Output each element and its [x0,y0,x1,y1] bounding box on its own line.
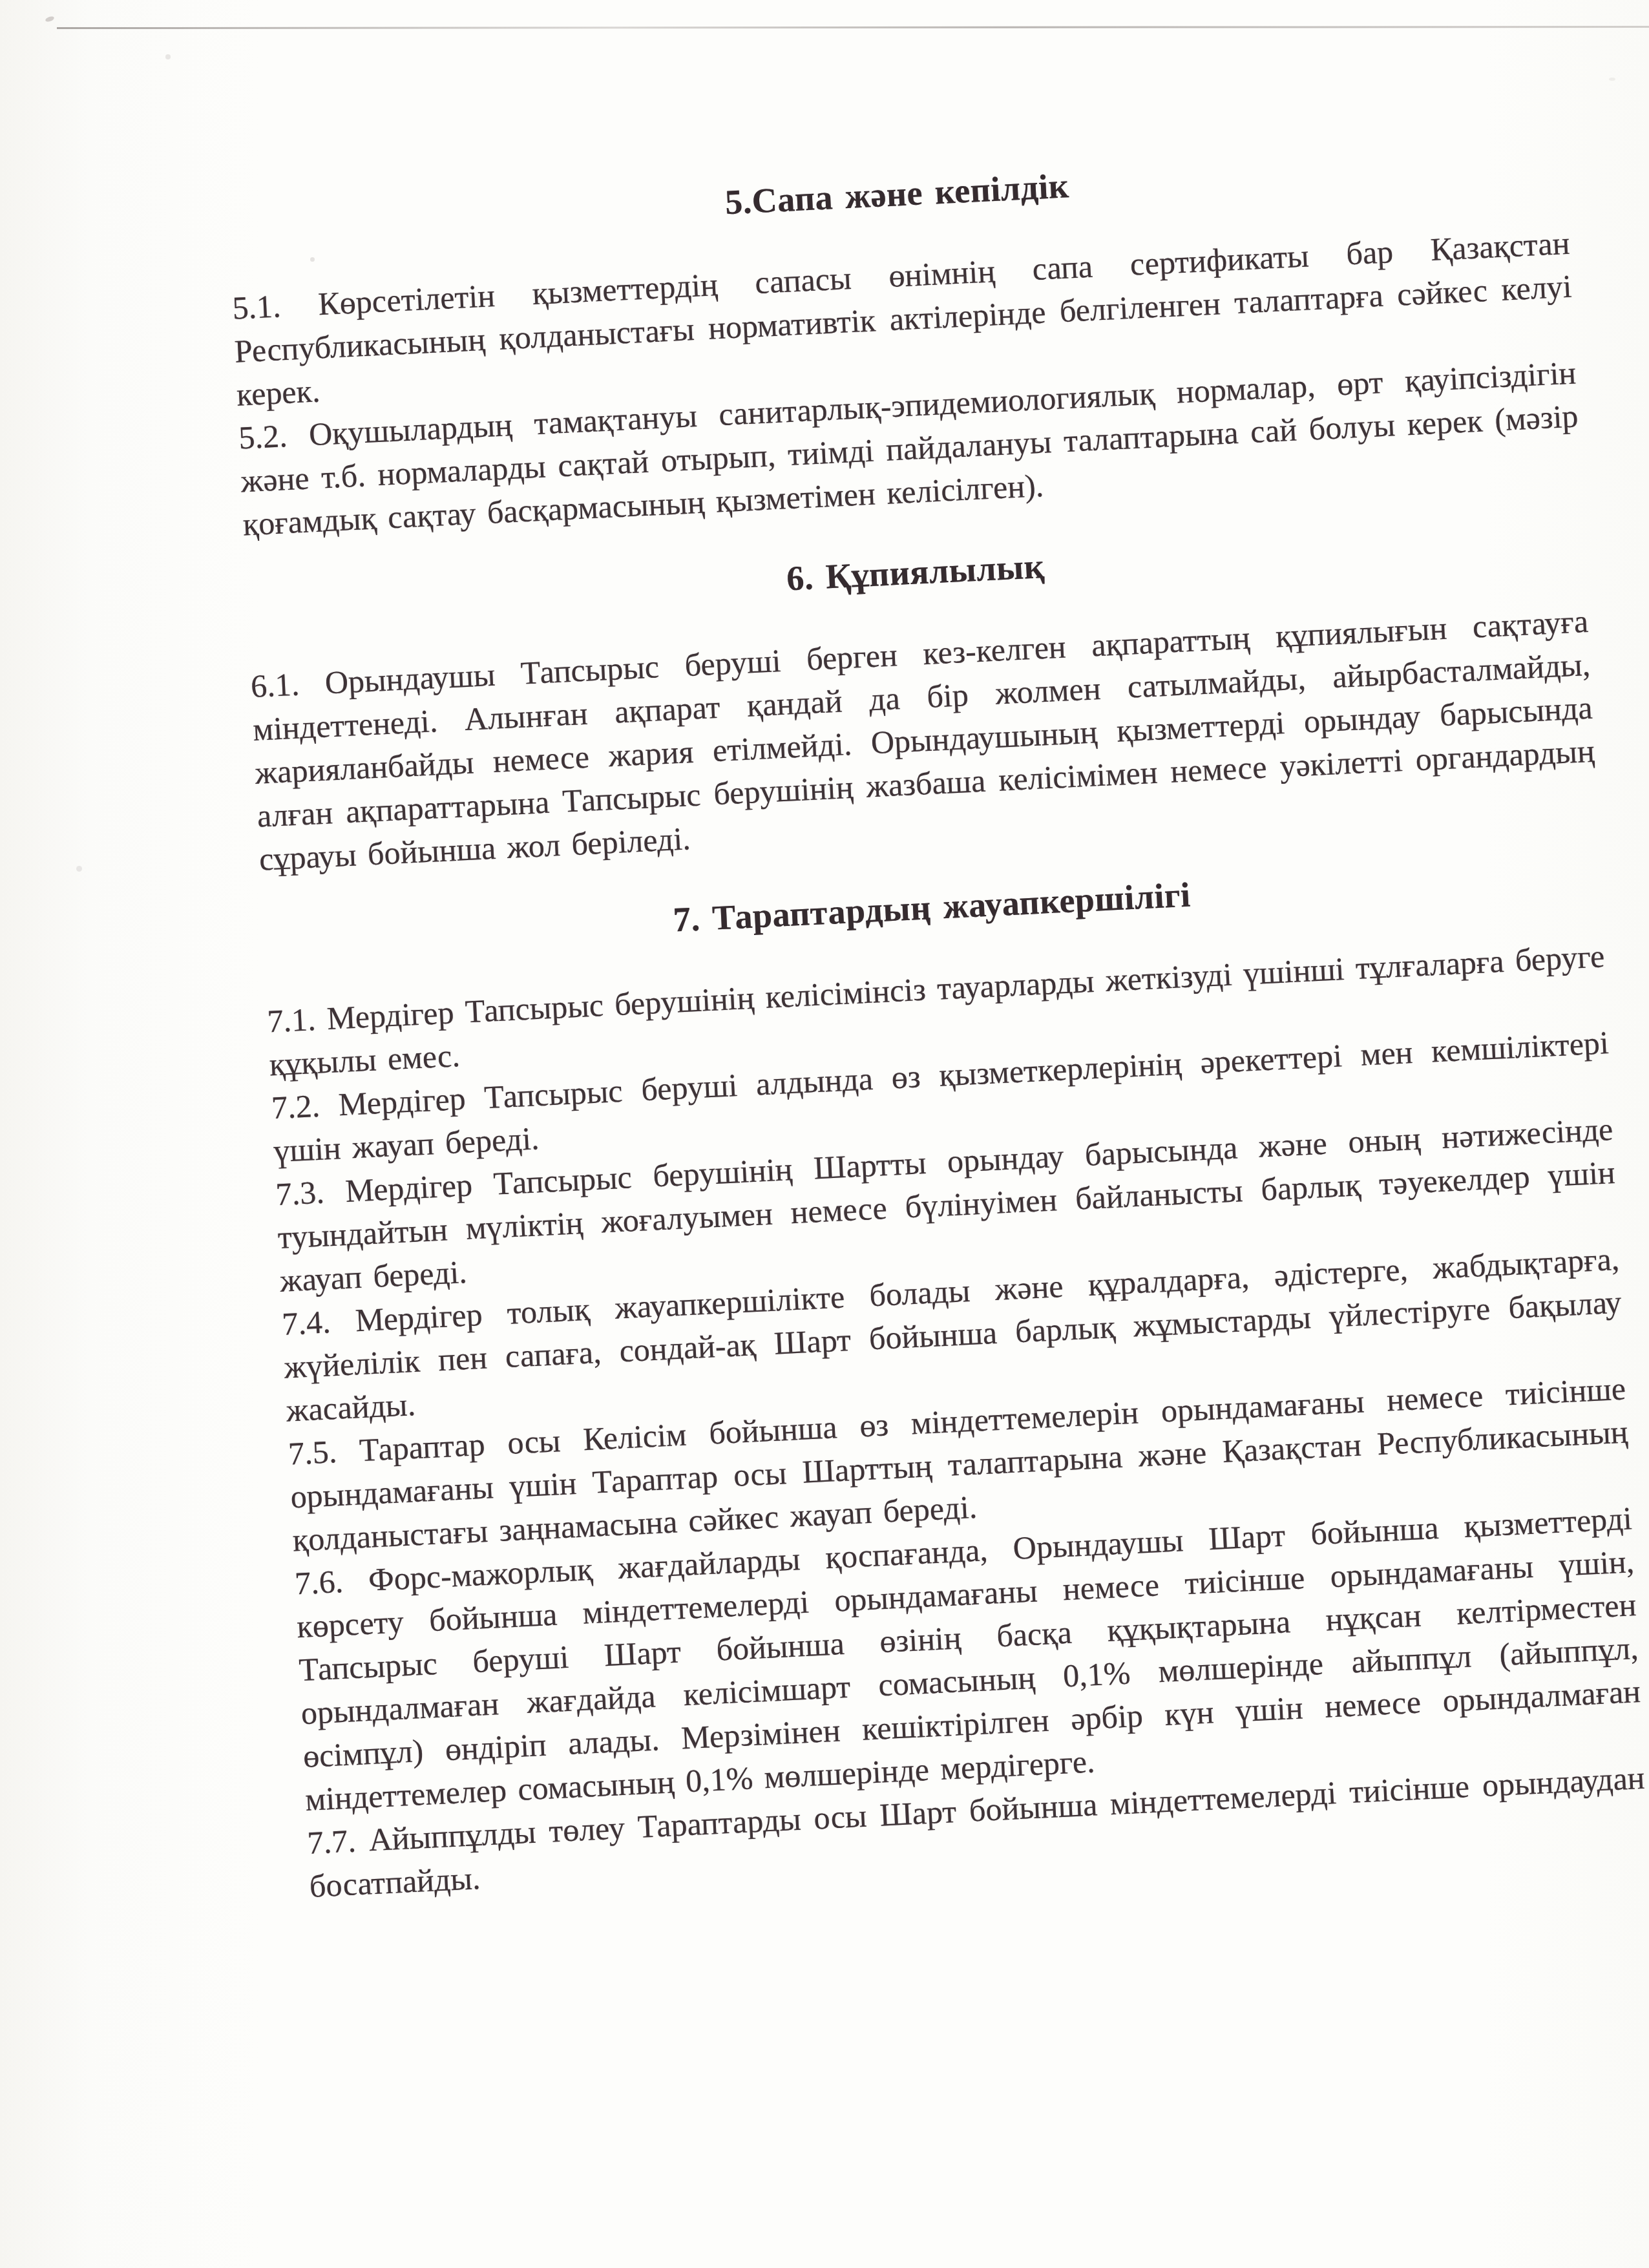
scan-artifact-speck [45,16,55,23]
scan-artifact-top-line [57,26,1649,29]
paragraph: 6.1. Орындаушы Тапсырыс беруші берген ке… [250,600,1598,881]
scanned-contract-page: 5.Сапа және кепілдік5.1. Көрсетілетін қы… [0,0,1649,2268]
scan-artifact-speck [165,54,171,59]
section-heading: 5.Сапа және кепілдік [227,143,1566,246]
scan-artifact-speck [76,866,82,872]
document-content: 5.Сапа және кепілдік5.1. Көрсетілетін қы… [227,143,1648,1908]
scan-artifact-speck [1609,78,1615,81]
